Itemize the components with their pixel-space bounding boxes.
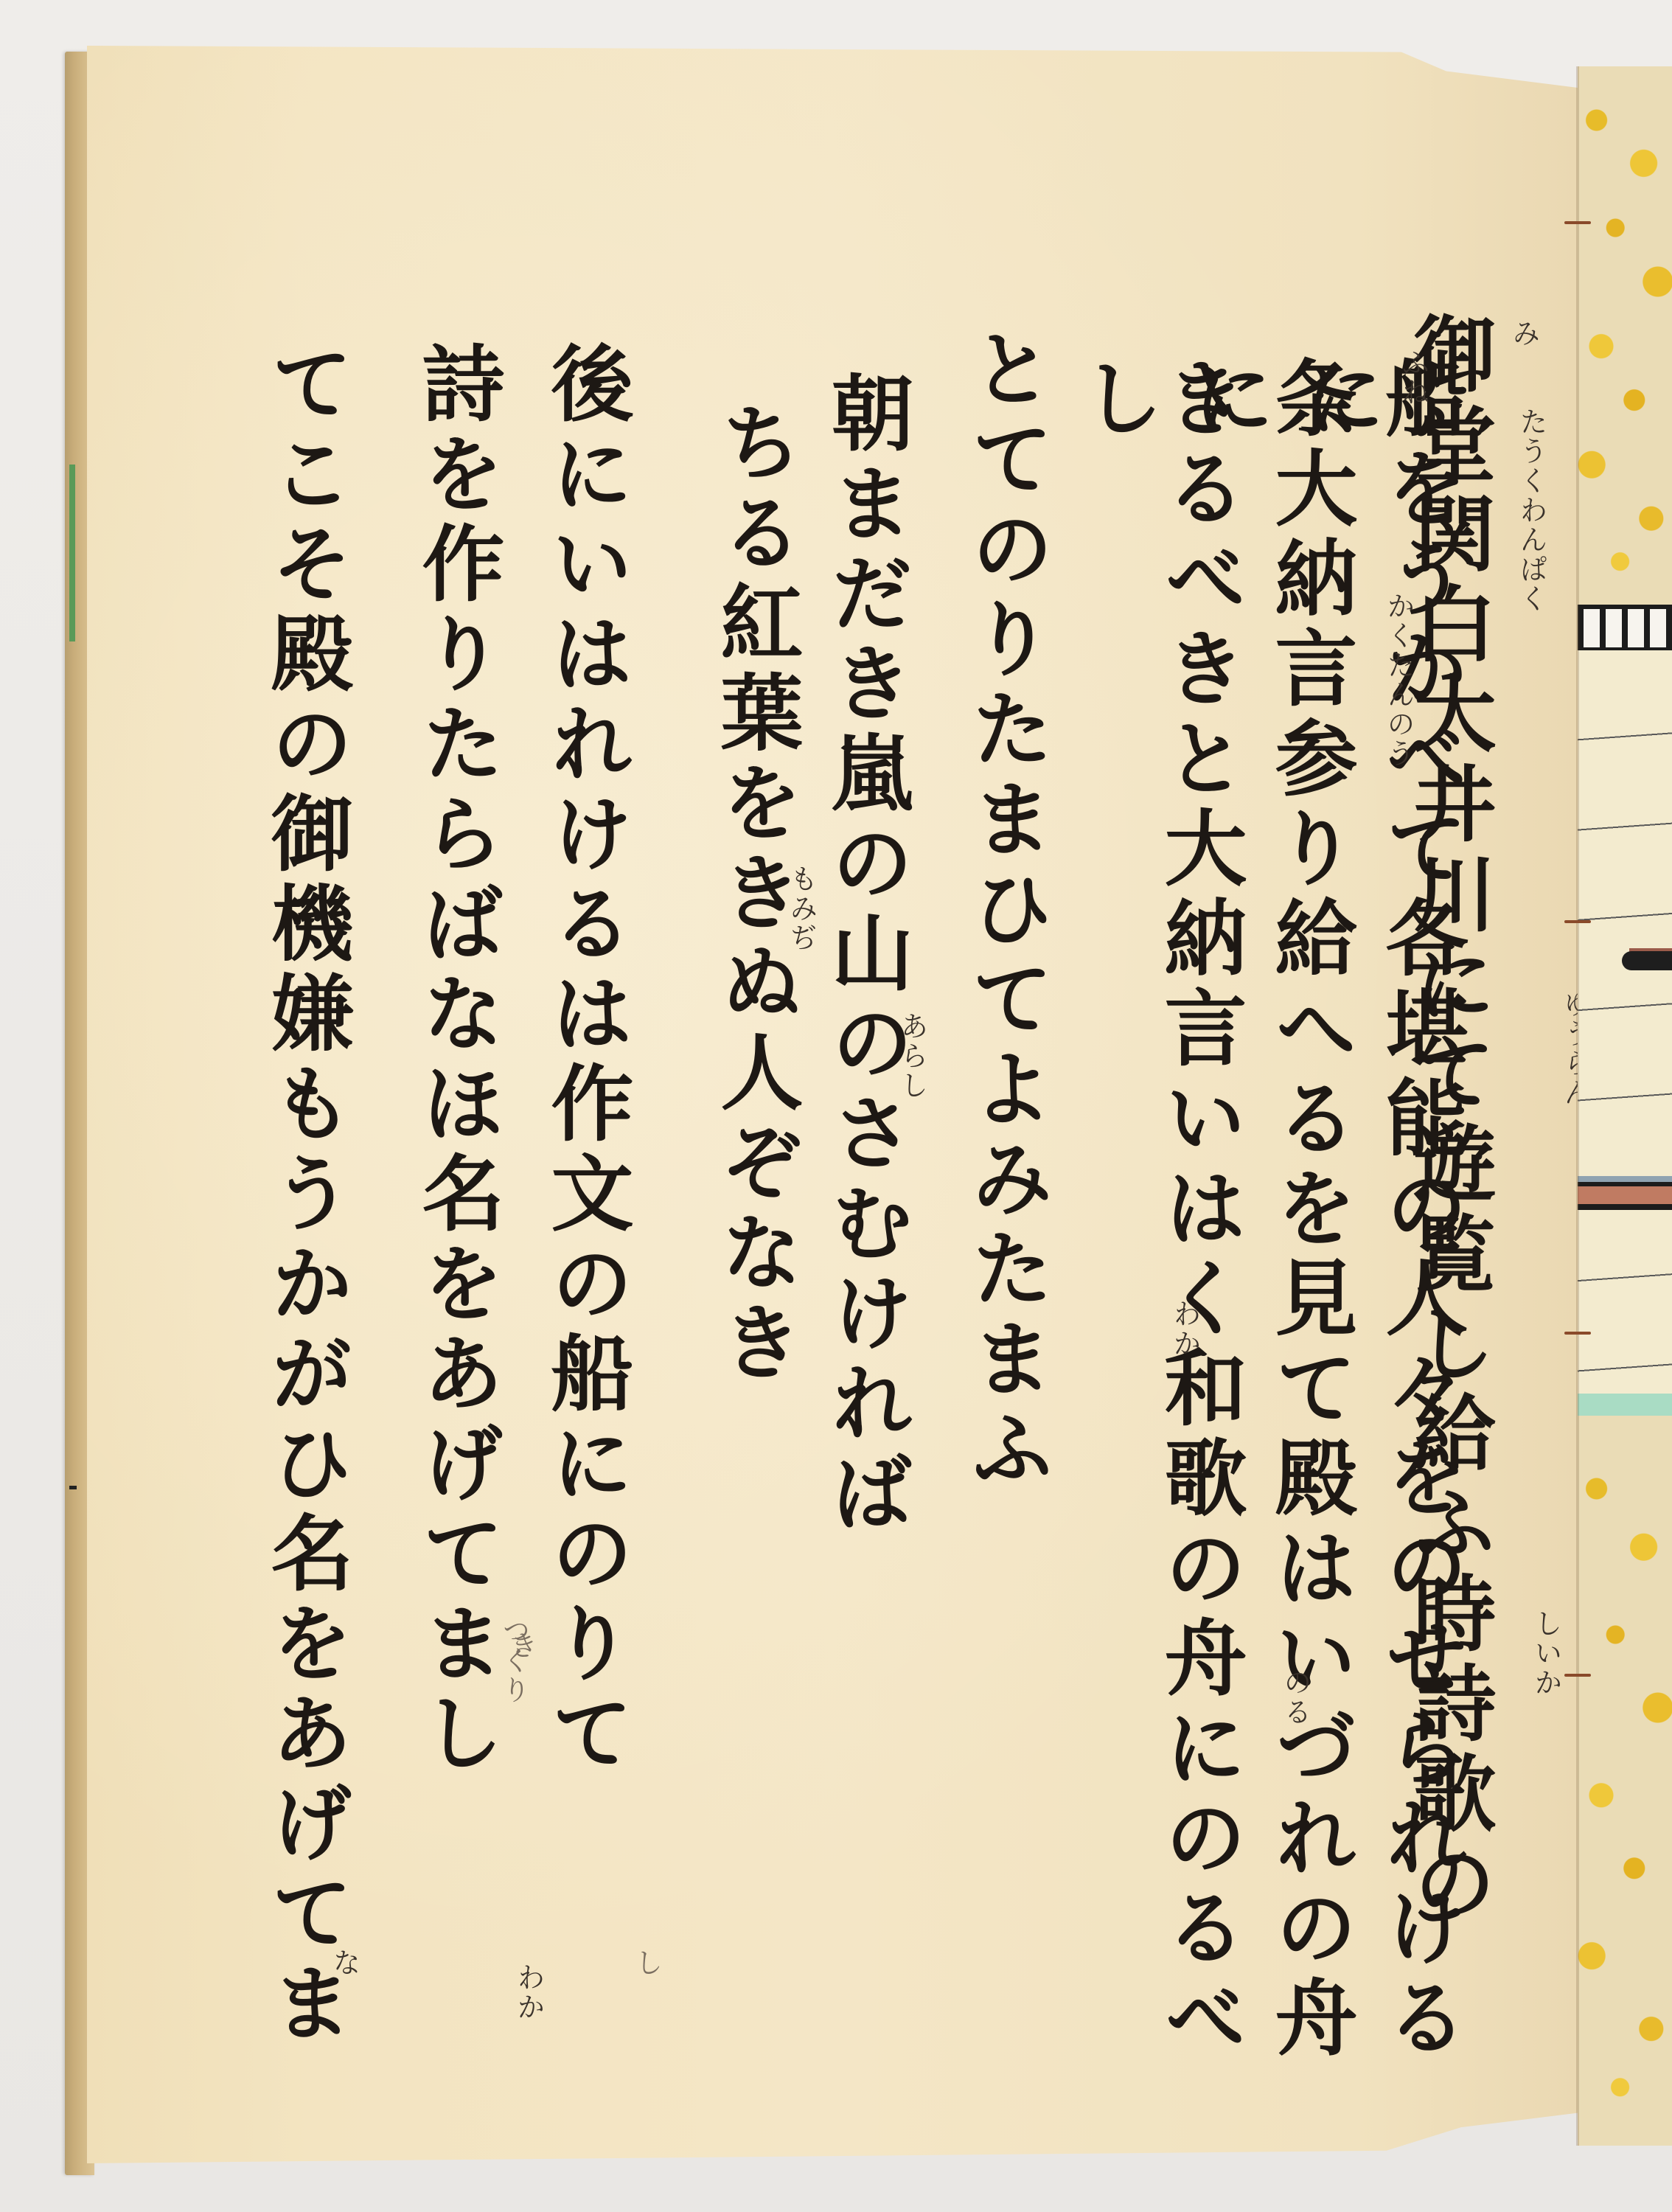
text-column-5: とてのりたまひてよみたまふ [964,326,1047,1801]
furigana: もみぢ [787,864,815,953]
ground-strip [1578,1394,1672,1416]
furigana: わか [1171,1299,1199,1358]
text-column-6: 朝まだき嵐の山のさむければ [824,370,907,1845]
roof-illustration [1622,951,1672,970]
railing-illustration [1578,605,1672,655]
binding-stitch [1564,1332,1591,1335]
furigana: わか [515,1963,543,2022]
text-column-9: 詩を作りたらばなほ名をあげてまし [415,341,498,2110]
text-column-8: 後にいはれけるは作文の船にのりて [544,341,627,2037]
binding-stitch [1564,1674,1591,1677]
text-column-4: きるべきと大納言いはく和歌の舟にのるべし [1075,355,1240,2125]
illustrated-leaf [1578,66,1672,2146]
page-edge-mark [69,1486,77,1489]
binding-stitch [1564,221,1591,224]
furigana: かくたんのう [1384,591,1413,768]
furigana: のる [1281,1668,1309,1727]
furigana: ふね [1399,348,1427,407]
furigana: み [1510,319,1538,348]
text-column-7: ちる紅葉をきぬ人ぞなき [714,400,796,1727]
manuscript-page: 御堂関白大井川にて遊覧し給ふ時詩歌の 船をうかべて各堪能の人々をのせられけるに … [87,46,1581,2163]
furigana: たうくわんぱく [1517,407,1545,613]
green-page-edge [69,465,75,641]
gold-leaf-clouds-bottom [1578,1416,1672,2146]
furigana: つくり [500,1616,528,1705]
binding-stitch [1564,920,1591,923]
binding-fold [1576,66,1579,2146]
furigana: しいか [1532,1609,1560,1697]
furigana: な [330,1948,358,1978]
gold-leaf-clouds-top [1578,66,1672,605]
beam-illustration [1578,1176,1672,1210]
veranda-floor-illustration [1578,650,1672,1417]
photo-background: 御堂関白大井川にて遊覧し給ふ時詩歌の 船をうかべて各堪能の人々をのせられけるに … [0,0,1672,2212]
furigana: あらし [898,1012,926,1100]
text-column-10: てこそ殿の御機嫌もうかがひ名をあげてま [264,341,346,2110]
furigana: し [633,1948,661,1978]
